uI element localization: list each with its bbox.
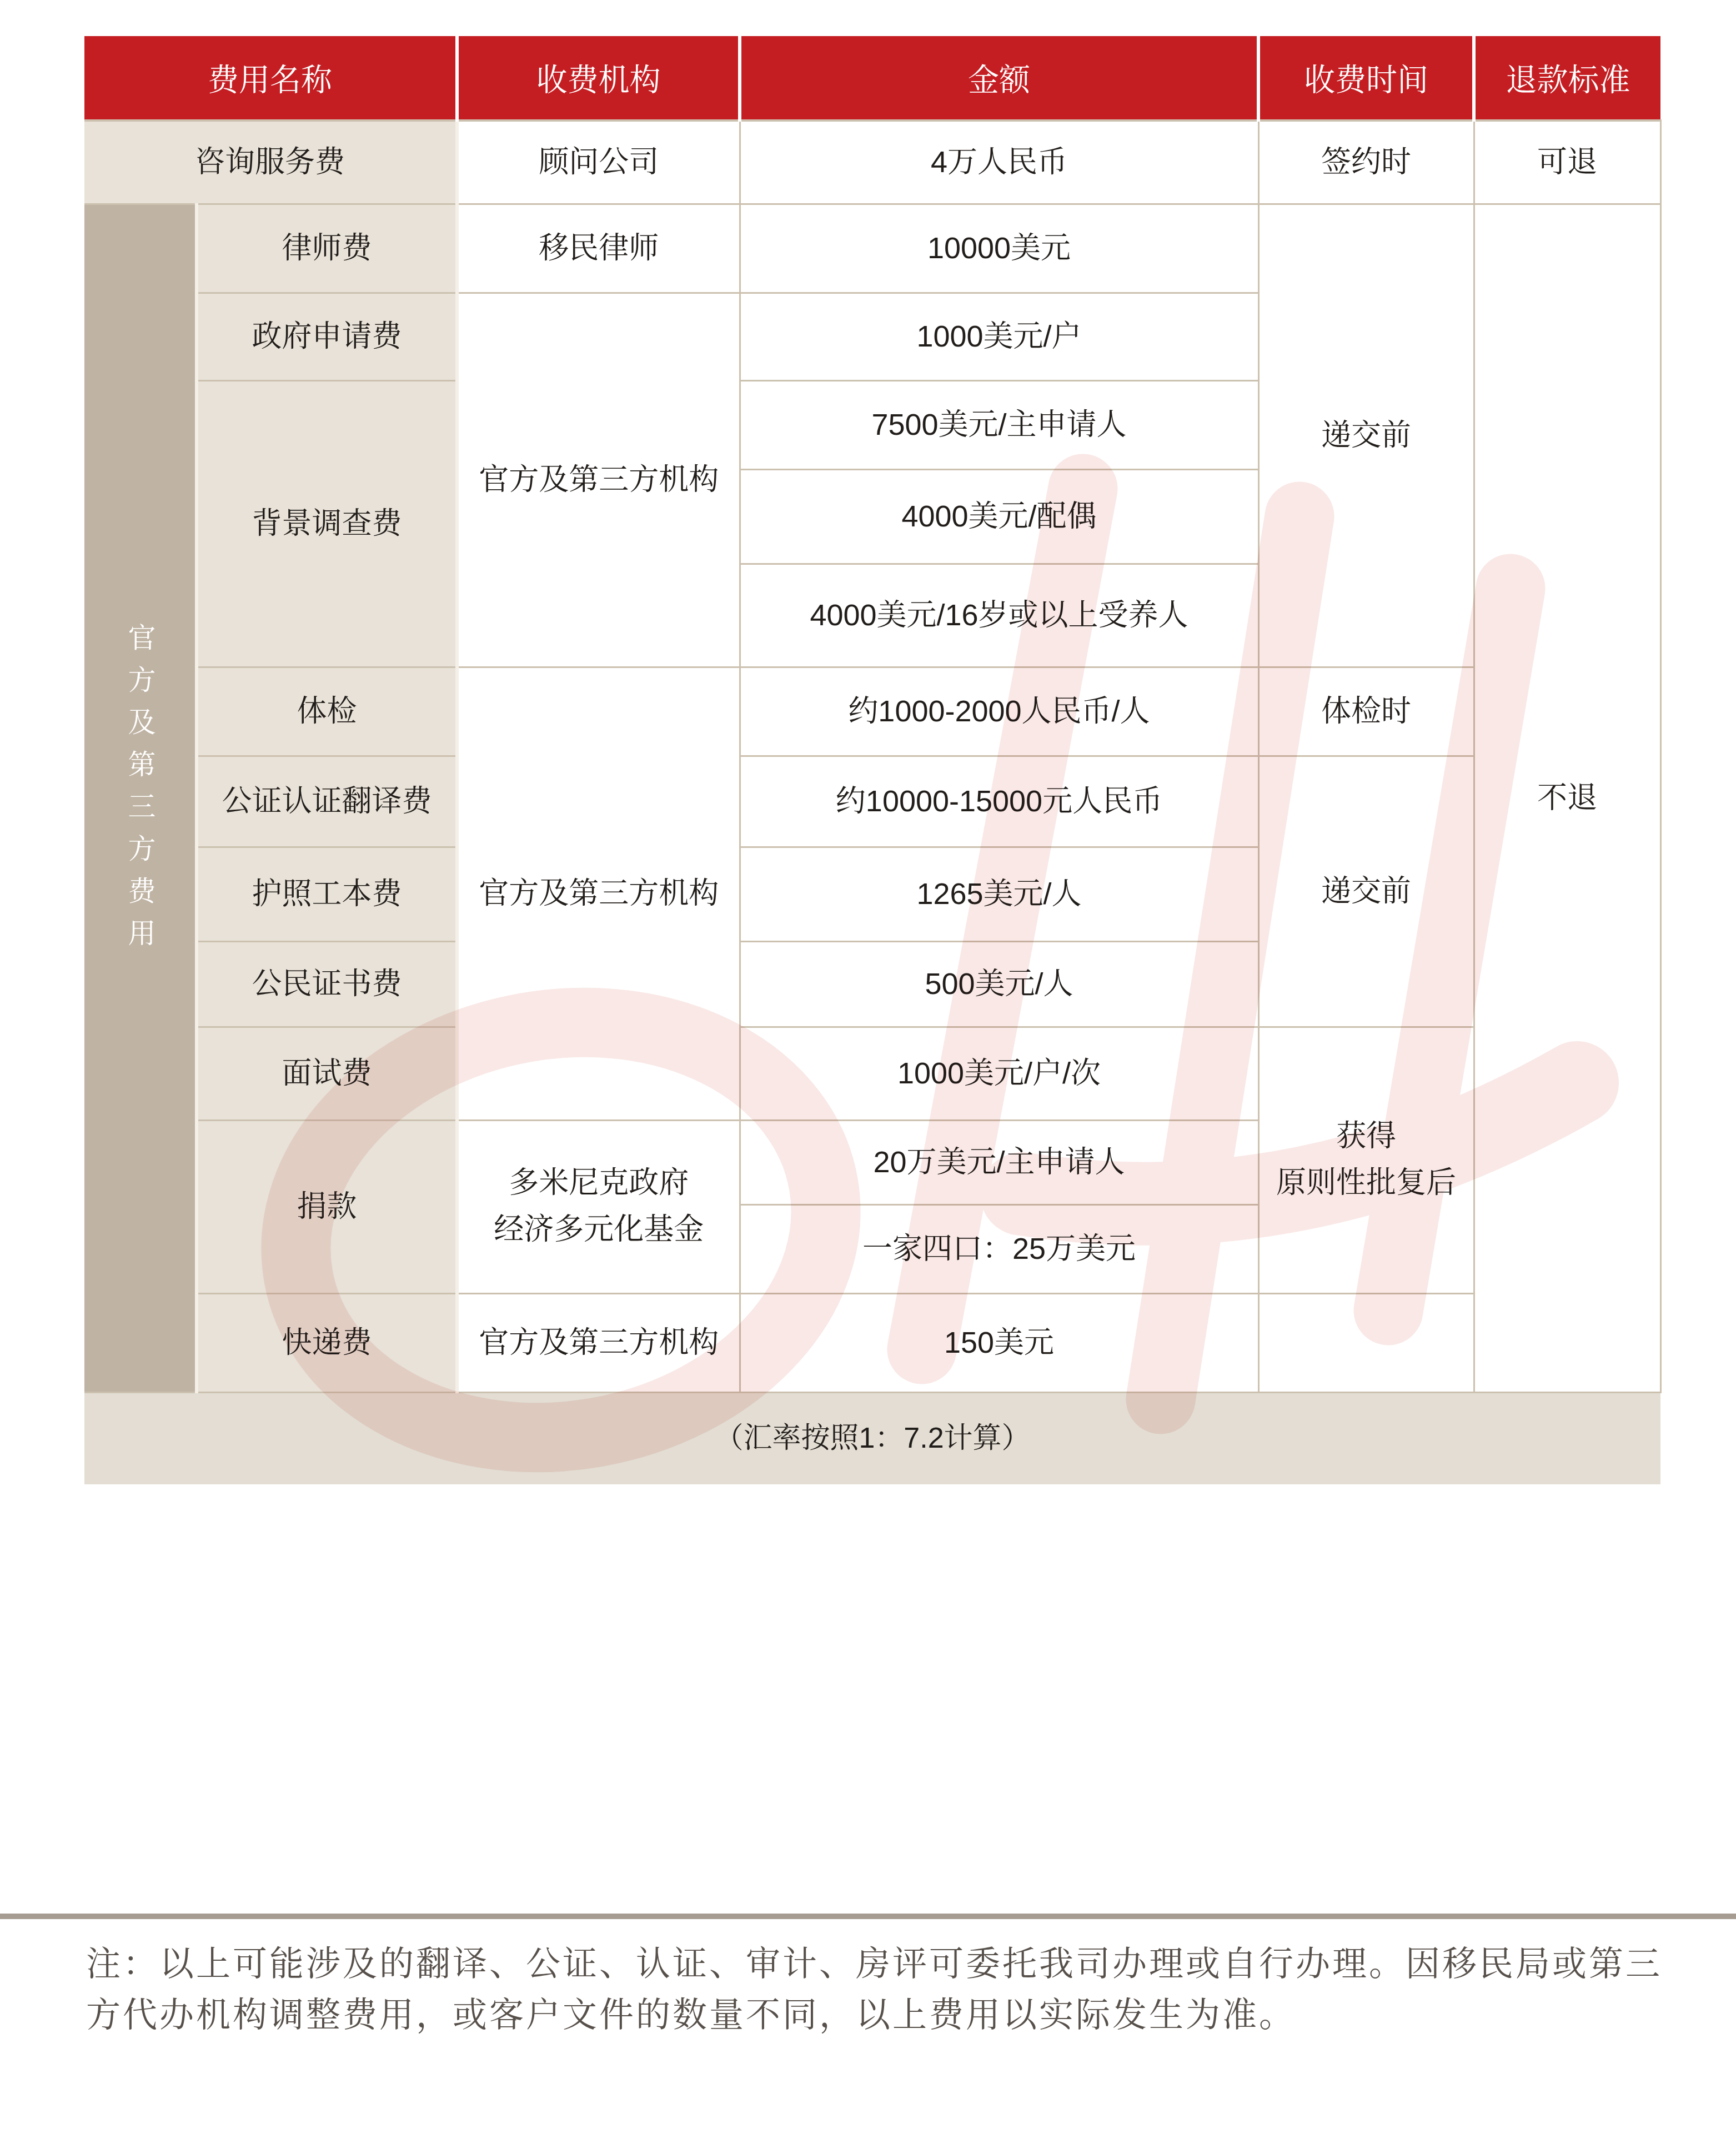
cell-consult-name: 咨询服务费 <box>84 120 457 204</box>
col-header-fee-name: 费用名称 <box>84 36 457 120</box>
cell-gov-name: 政府申请费 <box>197 293 457 380</box>
cell-time-before-submit-2: 递交前 <box>1258 756 1474 1027</box>
cell-lawyer-agency: 移民律师 <box>457 204 740 293</box>
table-row: 面试费 1000美元/户/次 获得 原则性批复后 <box>84 1027 1660 1120</box>
cell-medical-name: 体检 <box>197 667 457 756</box>
col-header-agency: 收费机构 <box>457 36 740 120</box>
cell-agency-official-1: 官方及第三方机构 <box>457 293 740 667</box>
group-label-vertical-text: 官方及第三方费用 <box>126 623 154 961</box>
cell-background-name: 背景调查费 <box>197 380 457 667</box>
cell-passport-amount: 1265美元/人 <box>740 847 1258 941</box>
cell-donation-name: 捐款 <box>197 1120 457 1293</box>
fee-table: 费用名称 收费机构 金额 收费时间 退款标准 咨询服务费 顾问公司 4万人民币 … <box>84 36 1662 1484</box>
cell-background-amount-dependent: 4000美元/16岁或以上受养人 <box>740 564 1258 667</box>
cell-courier-agency: 官方及第三方机构 <box>457 1293 740 1392</box>
time-after-approval-line1: 获得 <box>1264 1113 1469 1160</box>
table-row: 咨询服务费 顾问公司 4万人民币 签约时 可退 <box>84 120 1660 204</box>
cell-consult-agency: 顾问公司 <box>457 120 740 204</box>
cell-lawyer-amount: 10000美元 <box>740 204 1258 293</box>
header-row: 费用名称 收费机构 金额 收费时间 退款标准 <box>84 36 1660 120</box>
col-header-amount: 金额 <box>740 36 1258 120</box>
cell-lawyer-name: 律师费 <box>197 204 457 293</box>
cell-consult-time: 签约时 <box>1258 120 1474 204</box>
fee-schedule-page: 费用名称 收费机构 金额 收费时间 退款标准 咨询服务费 顾问公司 4万人民币 … <box>0 0 1736 2144</box>
cell-courier-amount: 150美元 <box>740 1293 1258 1392</box>
cell-consult-refund: 可退 <box>1474 120 1660 204</box>
cell-passport-name: 护照工本费 <box>197 847 457 941</box>
cell-agency-official-2: 官方及第三方机构 <box>457 667 740 1120</box>
cell-medical-amount: 约1000-2000人民币/人 <box>740 667 1258 756</box>
table-footer-row: （汇率按照1：7.2计算） <box>84 1392 1660 1484</box>
cell-interview-name: 面试费 <box>197 1027 457 1120</box>
cell-donation-amount-main: 20万美元/主申请人 <box>740 1120 1258 1204</box>
cell-refund-no: 不退 <box>1474 204 1660 1392</box>
table-row: 快递费 官方及第三方机构 150美元 <box>84 1293 1660 1392</box>
col-header-refund: 退款标准 <box>1474 36 1660 120</box>
cell-time-before-submit-1: 递交前 <box>1258 204 1474 667</box>
group-label-official-third-party: 官方及第三方费用 <box>84 204 197 1392</box>
cell-citizen-cert-name: 公民证书费 <box>197 941 457 1027</box>
cell-background-amount-main: 7500美元/主申请人 <box>740 380 1258 469</box>
table-row: 体检 官方及第三方机构 约1000-2000人民币/人 体检时 <box>84 667 1660 756</box>
cell-courier-name: 快递费 <box>197 1293 457 1392</box>
donation-agency-line2: 经济多元化基金 <box>463 1207 735 1253</box>
time-after-approval-line2: 原则性批复后 <box>1264 1160 1469 1207</box>
cell-medical-time: 体检时 <box>1258 667 1474 756</box>
col-header-time: 收费时间 <box>1258 36 1474 120</box>
cell-time-after-approval: 获得 原则性批复后 <box>1258 1027 1474 1293</box>
cell-consult-amount: 4万人民币 <box>740 120 1258 204</box>
cell-notary-name: 公证认证翻译费 <box>197 756 457 847</box>
cell-citizen-cert-amount: 500美元/人 <box>740 941 1258 1027</box>
table-row: 官方及第三方费用 律师费 移民律师 10000美元 递交前 不退 <box>84 204 1660 293</box>
table-row: 公证认证翻译费 约10000-15000元人民币 递交前 <box>84 756 1660 847</box>
note-divider-bar <box>0 1914 1736 1919</box>
footnote-text: 注：以上可能涉及的翻译、公证、认证、审计、房评可委托我司办理或自行办理。因移民局… <box>86 1939 1694 2041</box>
cell-background-amount-spouse: 4000美元/配偶 <box>740 469 1258 564</box>
exchange-rate-note: （汇率按照1：7.2计算） <box>84 1392 1660 1484</box>
cell-donation-agency: 多米尼克政府 经济多元化基金 <box>457 1120 740 1293</box>
donation-agency-line1: 多米尼克政府 <box>463 1160 735 1207</box>
cell-courier-time <box>1258 1293 1474 1392</box>
cell-interview-amount: 1000美元/户/次 <box>740 1027 1258 1120</box>
cell-gov-amount: 1000美元/户 <box>740 293 1258 380</box>
cell-notary-amount: 约10000-15000元人民币 <box>740 756 1258 847</box>
cell-donation-amount-family: 一家四口：25万美元 <box>740 1204 1258 1293</box>
